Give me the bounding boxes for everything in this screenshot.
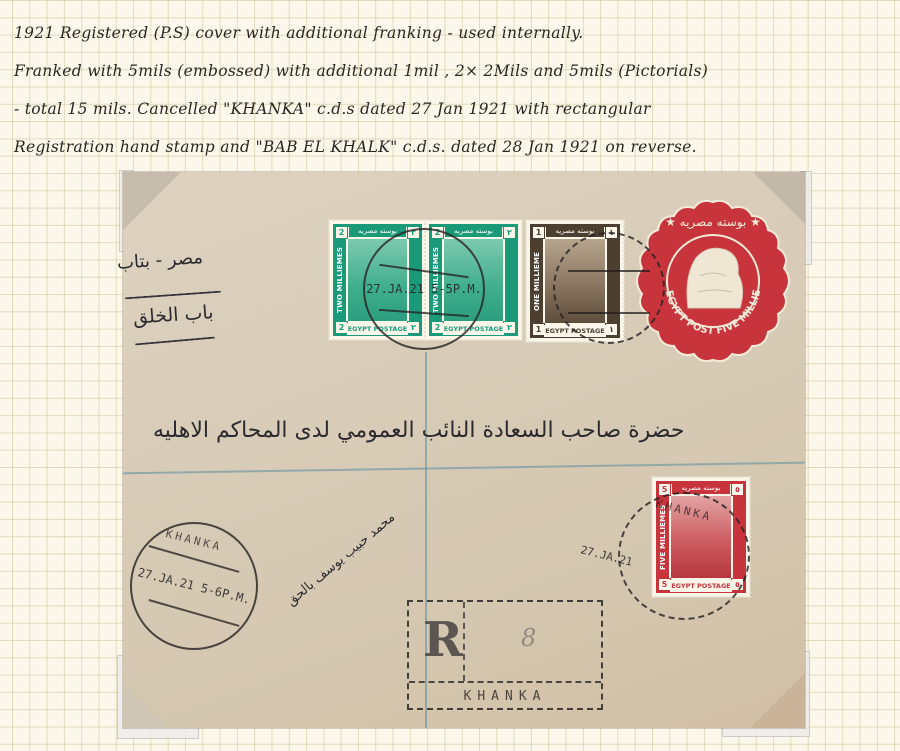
- registration-town: KHANKA: [409, 689, 601, 704]
- postmark-khanka-top: 27.JA.21 5-5P.M.: [363, 228, 485, 350]
- address-left-line-2: باب الخلق: [132, 301, 214, 329]
- registered-cover: مصر - بتاب باب الخلق حضرة صاحب السعادة ا…: [123, 172, 805, 728]
- address-underline: [135, 337, 215, 346]
- description-line-1: 1921 Registered (P.S) cover with additio…: [14, 14, 894, 52]
- postmark-khanka-left: KHANKA 27.JA.21 5-6P.M.: [130, 522, 258, 650]
- svg-text:★ بوسته مصريه ★: ★ بوسته مصريه ★: [665, 215, 761, 230]
- registration-crossline-horizontal: [123, 462, 805, 475]
- registration-handstamp: R 8 KHANKA: [407, 600, 603, 710]
- cover-corner-fold: [750, 673, 805, 728]
- album-page-description: 1921 Registered (P.S) cover with additio…: [14, 14, 894, 166]
- description-line-2: Franked with 5mils (embossed) with addit…: [14, 52, 894, 90]
- postmark-khanka-one-millieme: [553, 232, 665, 344]
- address-underline: [125, 291, 221, 300]
- registration-letter: R: [423, 616, 463, 664]
- description-line-3: - total 15 mils. Cancelled "KHANKA" c.d.…: [14, 90, 894, 128]
- registration-number: 8: [521, 624, 536, 652]
- address-left-line-1: مصر - بتاب: [116, 247, 203, 274]
- description-line-4: Registration hand stamp and "BAB EL KHAL…: [14, 128, 894, 166]
- addressee-line: حضرة صاحب السعادة النائب العمومي لدى الم…: [153, 418, 684, 443]
- cover-corner-fold: [123, 683, 168, 728]
- cover-corner-fold: [123, 172, 181, 230]
- sender-note: محمد حبيب يوسف بالحق: [284, 510, 398, 609]
- postmark-khanka-lower-right: KHANKA 27.JA.21: [618, 492, 750, 620]
